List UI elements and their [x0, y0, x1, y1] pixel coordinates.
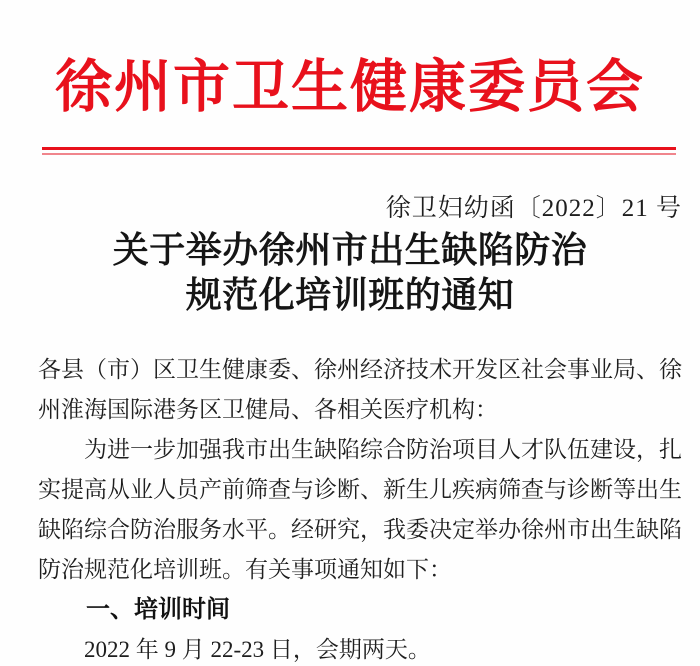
agency-name-header: 徐州市卫生健康委员会 — [0, 52, 700, 123]
header-divider-thick-line — [42, 147, 676, 150]
body-paragraph-line: 缺陷综合防治服务水平。经研究，我委决定举办徐州市出生缺陷 — [38, 510, 693, 550]
header-divider — [42, 147, 676, 155]
header-divider-thin-line — [42, 153, 676, 155]
training-date-line: 2022 年 9 月 22-23 日，会期两天。 — [38, 630, 693, 666]
recipient-line: 各县（市）区卫生健康委、徐州经济技术开发区社会事业局、徐 — [38, 350, 693, 390]
body-paragraph-line: 防治规范化培训班。有关事项通知如下： — [38, 550, 693, 590]
document-reference-number: 徐卫妇幼函〔2022〕21 号 — [386, 188, 682, 224]
document-page: 徐州市卫生健康委员会 徐卫妇幼函〔2022〕21 号 关于举办徐州市出生缺陷防治… — [0, 0, 700, 666]
recipient-line: 州淮海国际港务区卫健局、各相关医疗机构： — [38, 390, 693, 430]
body-paragraph-line: 实提高从业人员产前筛查与诊断、新生儿疾病筛查与诊断等出生 — [38, 470, 693, 510]
document-title-line1: 关于举办徐州市出生缺陷防治 — [0, 228, 700, 273]
body-paragraph-line: 为进一步加强我市出生缺陷综合防治项目人才队伍建设，扎 — [38, 430, 693, 470]
document-title: 关于举办徐州市出生缺陷防治 规范化培训班的通知 — [0, 228, 700, 318]
document-body: 各县（市）区卫生健康委、徐州经济技术开发区社会事业局、徐 州淮海国际港务区卫健局… — [38, 350, 693, 666]
document-title-line2: 规范化培训班的通知 — [0, 273, 700, 318]
section-heading-training-time: 一、培训时间 — [38, 590, 693, 630]
